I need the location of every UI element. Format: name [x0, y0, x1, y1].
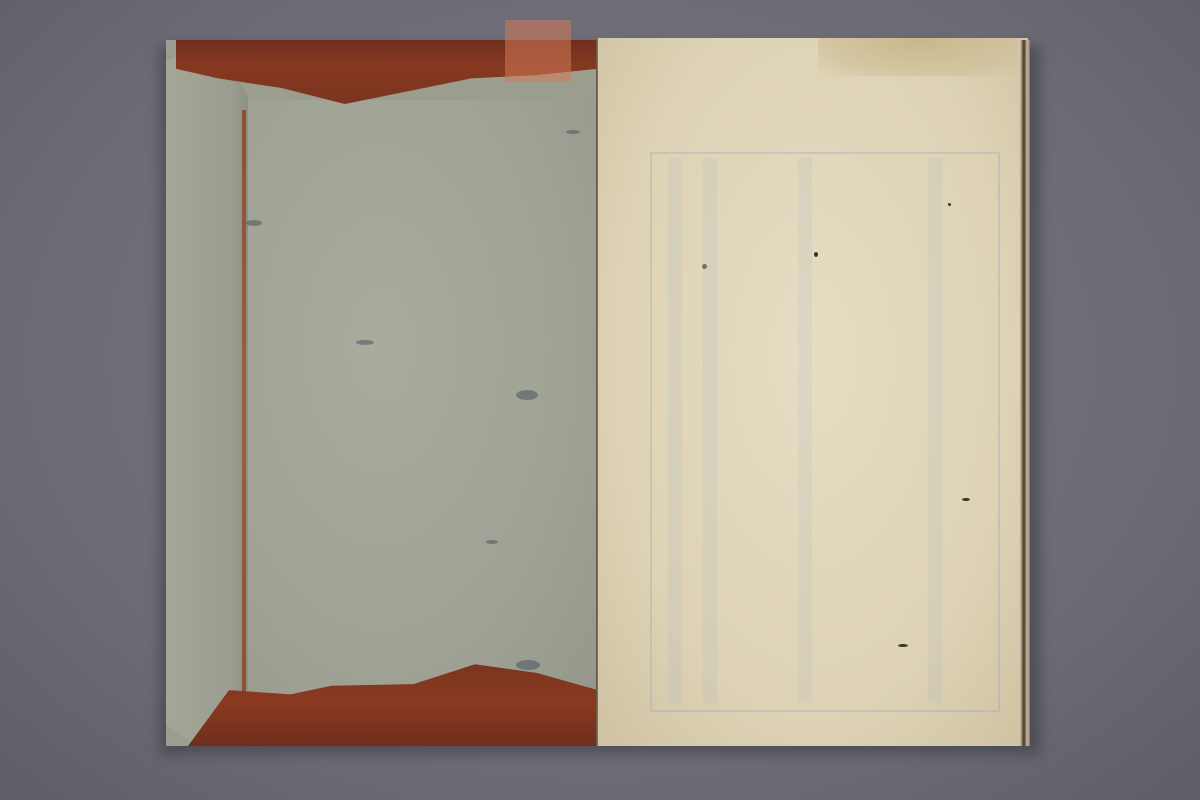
- cover-lining-paper: [236, 100, 598, 712]
- speck: [702, 264, 707, 269]
- paper-tab: [505, 20, 571, 82]
- bleed-through-column: [798, 158, 812, 703]
- fiber-spot: [356, 340, 374, 345]
- fiber-spot: [486, 540, 498, 544]
- left-page-inner-cover: [166, 40, 598, 746]
- cover-crease: [242, 110, 246, 710]
- bleed-through-column: [703, 158, 717, 703]
- bleed-through-column: [668, 158, 682, 703]
- page-edges: [1020, 40, 1030, 746]
- fiber-spot: [516, 660, 540, 670]
- water-stain: [818, 38, 1018, 76]
- speck: [814, 252, 818, 257]
- speck: [898, 644, 908, 647]
- fiber-spot: [516, 390, 538, 400]
- bleed-through-column: [928, 158, 942, 703]
- right-page-blank-leaf: [598, 38, 1028, 746]
- speck: [962, 498, 970, 501]
- cover-flap: [166, 40, 248, 746]
- fiber-spot: [566, 130, 580, 134]
- speck: [948, 203, 951, 206]
- fiber-spot: [246, 220, 262, 226]
